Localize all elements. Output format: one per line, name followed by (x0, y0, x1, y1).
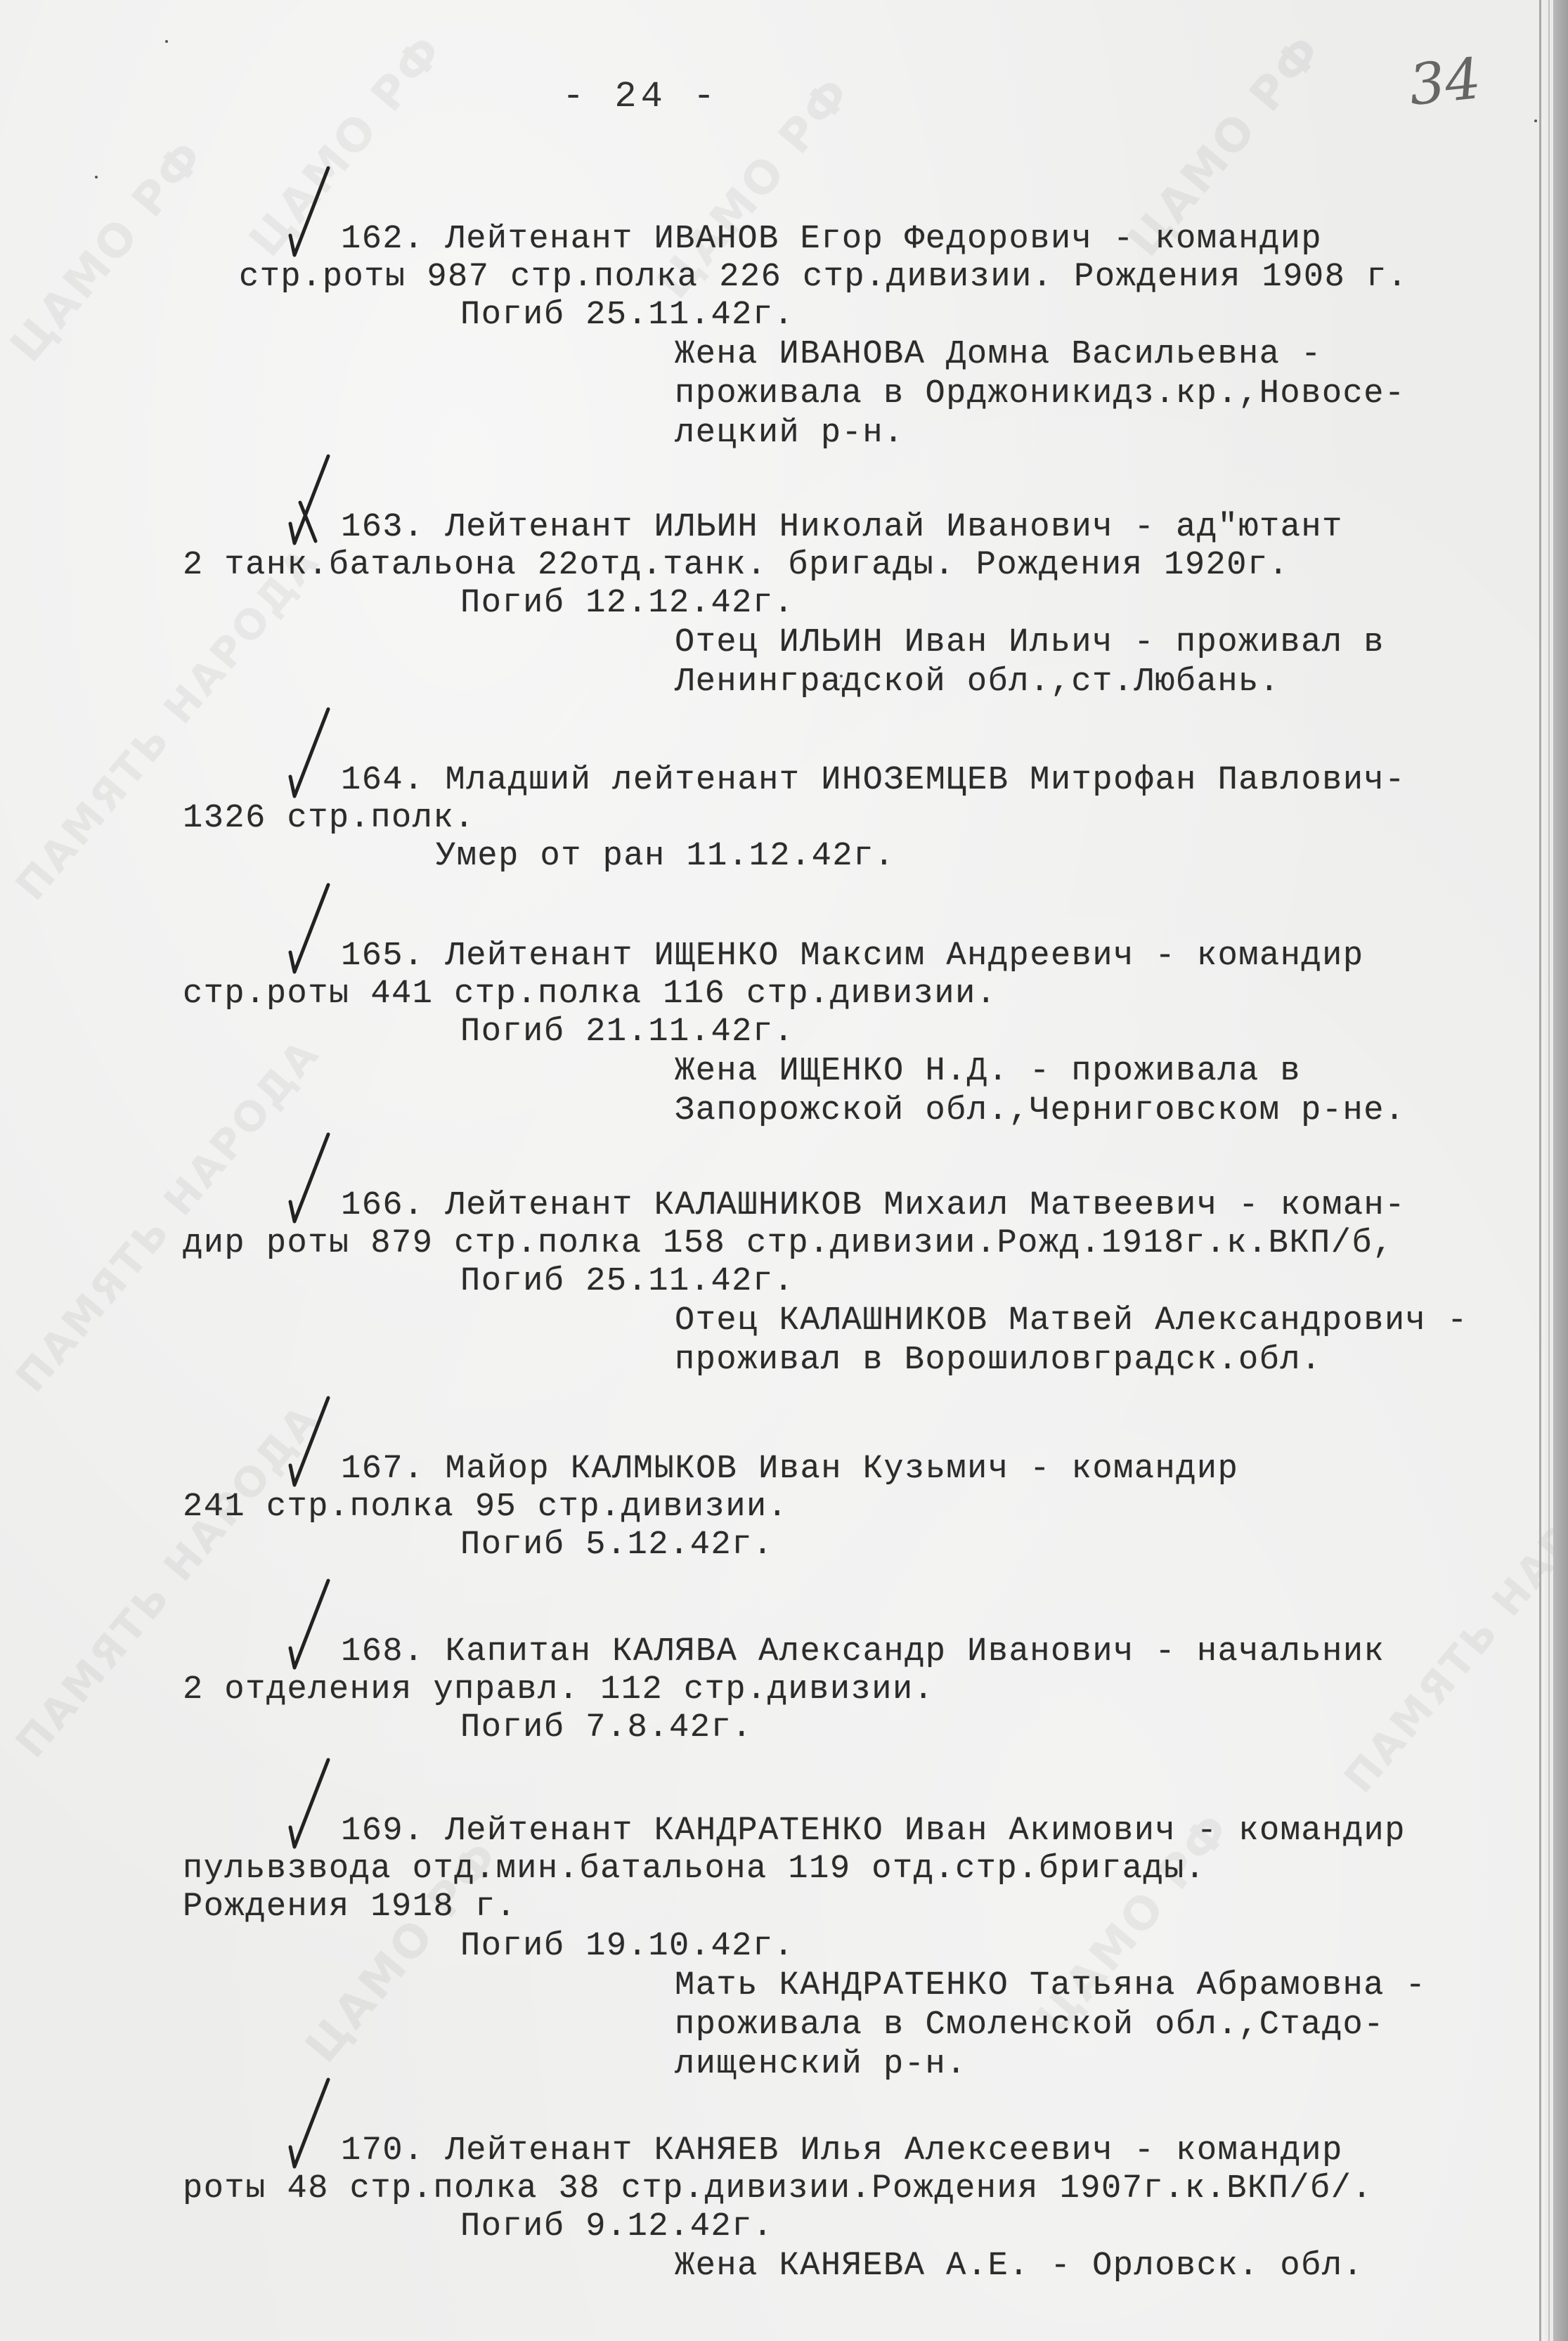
entry-text-line: пульвзвода отд.мин.батальона 119 отд.стр… (183, 1851, 1206, 1888)
entry-heading-line: 168. Капитан КАЛЯВА Александр Иванович -… (341, 1634, 1385, 1671)
watermark-memory: ПАМЯТЬ НАРОДА (8, 1146, 231, 1400)
entry-text-line: проживала в Орджоникидз.кр.,Новосе- (675, 376, 1406, 413)
entry-text-line: 2 отделения управл. 112 стр.дивизии. (183, 1672, 934, 1708)
entry-text-line: Жена ИВАНОВА Домна Васильевна - (675, 337, 1322, 373)
entry-text-line: Жена ИЩЕНКО Н.Д. - проживала в (675, 1053, 1301, 1090)
entry-heading-line: 169. Лейтенант КАНДРАТЕНКО Иван Акимович… (341, 1813, 1406, 1850)
entry-text-line: Мать КАНДРАТЕНКО Татьяна Абрамовна - (675, 1968, 1426, 2004)
entry-text-line: Запорожской обл.,Черниговском р-не. (675, 1093, 1406, 1129)
entry-heading-line: 166. Лейтенант КАЛАШНИКОВ Михаил Матвеев… (341, 1188, 1406, 1224)
checkmark-icon (285, 2077, 334, 2168)
entry-text-line: дир роты 879 стр.полка 158 стр.дивизии.Р… (183, 1226, 1394, 1262)
entry-text-line: Умер от ран 11.12.42г. (436, 838, 895, 875)
entry-text-line: 2 танк.батальона 22отд.танк. бригады. Ро… (183, 547, 1289, 584)
entry-heading-line: 167. Майор КАЛМЫКОВ Иван Кузьмич - коман… (341, 1451, 1238, 1488)
entry-text-line: Погиб 5.12.42г. (460, 1527, 774, 1564)
entry-text-line: стр.роты 441 стр.полка 116 стр.дивизии. (183, 976, 997, 1013)
entry-text-line: стр.роты 987 стр.полка 226 стр.дивизии. … (239, 259, 1408, 296)
page-edge (1539, 0, 1541, 2341)
entry-text-line: 241 стр.полка 95 стр.дивизии. (183, 1489, 788, 1526)
entry-text-line: Погиб 19.10.42г. (460, 1928, 794, 1965)
entry-text-line: лищенский р-н. (675, 2047, 967, 2083)
entry-text-line: Погиб 21.11.42г. (460, 1014, 794, 1051)
handwritten-folio-number: 34 (1406, 46, 1484, 118)
page-edge (1548, 0, 1550, 2341)
entry-heading-line: 164. Младший лейтенант ИНОЗЕМЦЕВ Митрофа… (341, 763, 1406, 799)
entry-text-line: Погиб 12.12.42г. (460, 585, 794, 622)
entry-text-line: Отец ИЛЬИН Иван Ильич - проживал в (675, 625, 1385, 661)
entry-text-line: Отец КАЛАШНИКОВ Матвей Александрович - (675, 1303, 1468, 1340)
entry-heading-line: 170. Лейтенант КАНЯЕВ Илья Алексеевич - … (341, 2133, 1343, 2170)
entry-text-line: роты 48 стр.полка 38 стр.дивизии.Рождени… (183, 2171, 1373, 2207)
watermark-memory: ПАМЯТЬ НАРОДА (8, 1511, 231, 1765)
crossed-checkmark-icon (285, 453, 334, 545)
entry-text-line: Погиб 25.11.42г. (460, 1264, 794, 1300)
entry-heading-line: 163. Лейтенант ИЛЬИН Николай Иванович - … (341, 510, 1343, 546)
watermark-memory: ПАМЯТЬ НАРОДА (8, 654, 231, 908)
entry-text-line: Погиб 25.11.42г. (460, 297, 794, 334)
entry-text-line: Жена КАНЯЕВА А.Е. - Орловск. обл. (675, 2248, 1363, 2285)
scan-border (1553, 0, 1568, 2341)
entry-text-line: проживала в Смоленской обл.,Стадо- (675, 2007, 1385, 2044)
checkmark-icon (285, 882, 334, 973)
watermark-memory: ПАМЯТЬ НАРОДА (1336, 1546, 1559, 1801)
checkmark-icon (285, 1395, 334, 1486)
checkmark-icon (285, 1578, 334, 1669)
watermark-camo: ЦАМО РФ (1, 130, 216, 372)
entry-text-line: Погиб 7.8.42г. (460, 1710, 753, 1746)
entry-heading-line: 165. Лейтенант ИЩЕНКО Максим Андреевич -… (341, 938, 1364, 975)
entry-text-line: Ленинградской обл.,ст.Любань. (675, 664, 1280, 701)
page-number: - 24 - (562, 76, 719, 117)
entry-text-line: 1326 стр.полк. (183, 800, 475, 837)
entry-text-line: Рождения 1918 г. (183, 1889, 517, 1926)
checkmark-icon (285, 706, 334, 798)
entry-text-line: Погиб 9.12.42г. (460, 2209, 774, 2245)
entry-heading-line: 162. Лейтенант ИВАНОВ Егор Федорович - к… (341, 221, 1322, 258)
document-page: ЦАМО РФ ЦАМО РФ ЦАМО РФ ПАМЯТЬ НАРОДА ПА… (0, 0, 1545, 2341)
entry-text-line: проживал в Ворошиловградск.обл. (675, 1342, 1322, 1379)
checkmark-icon (285, 1757, 334, 1848)
entry-text-line: лецкий р-н. (675, 415, 905, 452)
checkmark-icon (285, 1131, 334, 1223)
checkmark-icon (285, 165, 334, 257)
